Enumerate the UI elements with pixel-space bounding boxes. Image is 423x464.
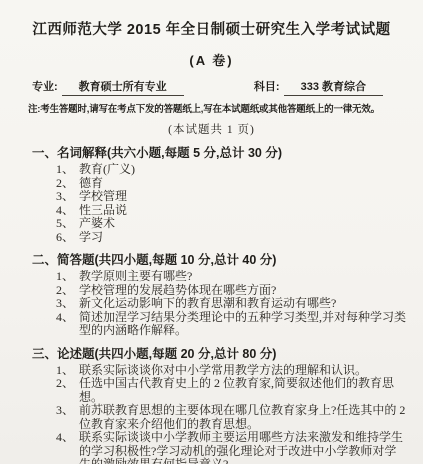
question-item: 5、 产婆术 bbox=[56, 217, 407, 231]
section-short-answer: 二、简答题(共四小题,每题 10 分,总计 40 分) 1、 教学原则主要有哪些… bbox=[32, 253, 407, 338]
item-number: 2、 bbox=[56, 177, 79, 191]
item-number: 3、 bbox=[56, 297, 79, 311]
item-text: 联系实际谈谈你对中小学常用教学方法的理解和认识。 bbox=[79, 364, 407, 378]
item-number: 3、 bbox=[56, 404, 79, 431]
item-text: 性三品说 bbox=[79, 204, 407, 218]
question-item: 4、 联系实际谈谈中小学教师主要运用哪些方法来激发和维持学生的学习积极性?学习动… bbox=[56, 431, 407, 464]
item-text: 学习 bbox=[79, 231, 407, 245]
item-number: 6、 bbox=[56, 231, 79, 245]
item-text: 联系实际谈谈中小学教师主要运用哪些方法来激发和维持学生的学习积极性?学习动机的强… bbox=[79, 431, 407, 464]
item-text: 产婆术 bbox=[79, 217, 407, 231]
exam-note: 注:考生答题时,请写在考点下发的答题纸上,写在本试题纸或其他答题纸上的一律无效。 bbox=[28, 101, 397, 115]
question-item: 3、 学校管理 bbox=[56, 190, 407, 204]
question-item: 1、 教育(广义) bbox=[56, 163, 407, 177]
item-text: 任选中国古代教育史上的 2 位教育家,简要叙述他们的教育思想。 bbox=[79, 377, 407, 404]
major-label: 专业: bbox=[32, 81, 58, 93]
item-text: 教育(广义) bbox=[79, 163, 407, 177]
item-text: 新文化运动影响下的教育思潮和教育运动有哪些? bbox=[79, 297, 407, 311]
question-item: 4、 简述加涅学习结果分类理论中的五种学习类型,并对每种学习类型的内涵略作解释。 bbox=[56, 311, 407, 338]
major-value: 教育硕士所有专业 bbox=[62, 78, 184, 96]
item-number: 1、 bbox=[56, 163, 79, 177]
question-item: 3、 前苏联教育思想的主要体现在哪几位教育家身上?任选其中的 2 位教育家来介绍… bbox=[56, 404, 407, 431]
exam-paper: 江西师范大学 2015 年全日制硕士研究生入学考试试题 (A 卷) 专业:教育硕… bbox=[0, 0, 423, 464]
subject-label: 科目: bbox=[254, 81, 280, 93]
question-item: 2、 学校管理的发展趋势体现在哪些方面? bbox=[56, 284, 407, 298]
item-number: 4、 bbox=[56, 204, 79, 218]
item-number: 3、 bbox=[56, 190, 79, 204]
item-text: 教学原则主要有哪些? bbox=[79, 270, 407, 284]
question-list: 1、 教学原则主要有哪些? 2、 学校管理的发展趋势体现在哪些方面? 3、 新文… bbox=[56, 270, 407, 338]
page-count: (本试题共 1 页) bbox=[0, 121, 423, 137]
major-field: 专业:教育硕士所有专业 bbox=[32, 78, 184, 96]
item-number: 1、 bbox=[56, 364, 79, 378]
section-heading: 一、名词解释(共六小题,每题 5 分,总计 30 分) bbox=[32, 146, 407, 161]
question-item: 1、 教学原则主要有哪些? bbox=[56, 270, 407, 284]
paper-version: (A 卷) bbox=[0, 50, 423, 69]
subject-field: 科目:333 教育综合 bbox=[254, 78, 383, 96]
section-definitions: 一、名词解释(共六小题,每题 5 分,总计 30 分) 1、 教育(广义) 2、… bbox=[32, 146, 407, 244]
section-essay: 三、论述题(共四小题,每题 20 分,总计 80 分) 1、 联系实际谈谈你对中… bbox=[32, 347, 407, 464]
item-text: 德育 bbox=[79, 177, 407, 191]
section-heading: 三、论述题(共四小题,每题 20 分,总计 80 分) bbox=[32, 347, 407, 362]
item-text: 简述加涅学习结果分类理论中的五种学习类型,并对每种学习类型的内涵略作解释。 bbox=[79, 311, 407, 338]
item-text: 学校管理 bbox=[79, 190, 407, 204]
question-item: 1、 联系实际谈谈你对中小学常用教学方法的理解和认识。 bbox=[56, 364, 407, 378]
question-list: 1、 教育(广义) 2、 德育 3、 学校管理 4、 性三品说 5、 产婆术 6… bbox=[56, 163, 407, 244]
question-item: 2、 德育 bbox=[56, 177, 407, 191]
section-heading: 二、简答题(共四小题,每题 10 分,总计 40 分) bbox=[32, 253, 407, 268]
question-item: 6、 学习 bbox=[56, 231, 407, 245]
subject-value: 333 教育综合 bbox=[284, 78, 383, 96]
question-item: 3、 新文化运动影响下的教育思潮和教育运动有哪些? bbox=[56, 297, 407, 311]
meta-row: 专业:教育硕士所有专业 科目:333 教育综合 bbox=[32, 78, 383, 96]
question-item: 4、 性三品说 bbox=[56, 204, 407, 218]
item-number: 5、 bbox=[56, 217, 79, 231]
document-title: 江西师范大学 2015 年全日制硕士研究生入学考试试题 bbox=[0, 0, 423, 39]
item-number: 4、 bbox=[56, 431, 79, 464]
question-item: 2、 任选中国古代教育史上的 2 位教育家,简要叙述他们的教育思想。 bbox=[56, 377, 407, 404]
question-list: 1、 联系实际谈谈你对中小学常用教学方法的理解和认识。 2、 任选中国古代教育史… bbox=[56, 364, 407, 464]
item-number: 2、 bbox=[56, 284, 79, 298]
item-number: 4、 bbox=[56, 311, 79, 338]
item-text: 前苏联教育思想的主要体现在哪几位教育家身上?任选其中的 2 位教育家来介绍他们的… bbox=[79, 404, 407, 431]
item-text: 学校管理的发展趋势体现在哪些方面? bbox=[79, 284, 407, 298]
item-number: 2、 bbox=[56, 377, 79, 404]
item-number: 1、 bbox=[56, 270, 79, 284]
